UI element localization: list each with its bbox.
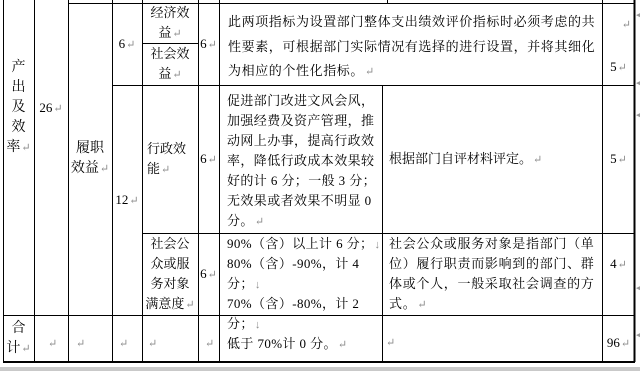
group-line: 履职 [76, 139, 104, 159]
row3-method-cell: 社会公众或服务对象是指部门（单 位）履行职责而影响到的部门、群 体或个人，一般采… [382, 233, 602, 315]
category-char: 产 [12, 58, 26, 78]
criteria-line: 分。↵ [227, 211, 382, 231]
criteria-line: 加强经费及资产管理，推 [227, 111, 382, 131]
paragraph-mark-icon: ↵ [618, 62, 627, 74]
category-char: 出 [12, 78, 26, 98]
score-row1-cell: ↵ 5↵ [602, 3, 635, 85]
paragraph-mark-icon: ↵ [185, 299, 194, 311]
method-line: 体或个人，一般采取社会调查的方 [389, 274, 602, 294]
subtotal-bottom: 12↵ [115, 190, 138, 210]
method-line: 式。↵ [389, 294, 602, 314]
indicator-social-cell: 社会效 益↵ [142, 43, 198, 85]
line-break-mark-icon: ↓ [255, 319, 261, 331]
paragraph-mark-icon: ↵ [208, 154, 217, 166]
paragraph-mark-icon: ↵ [148, 337, 157, 351]
row2-method-cell: 根据部门自评材料评定。↵ [382, 85, 602, 233]
word-document-table-view: 产 出 及 效 率↵ 26↵ 履职 效益↵ 6↵ 12↵ 经济效 益↵ 社会效 … [0, 0, 640, 371]
paragraph-mark-icon: ↵ [622, 18, 631, 32]
note-line: 此两项指标为设置部门整体支出绩效评价指标时必须考虑的共 [228, 10, 598, 35]
note-line: 性要素，可根据部门实际情况有选择的进行设置，并将其细化 [228, 35, 598, 60]
weight-row2-cell: 6↵ [198, 85, 219, 233]
category-cell: 产 出 及 效 率↵ [4, 57, 33, 159]
paragraph-mark-icon: ↵ [208, 39, 217, 51]
paragraph-mark-icon: ↵ [53, 103, 62, 115]
paragraph-mark-icon: ↵ [172, 28, 181, 40]
criteria-line: 无效果或者效果不明显 0 [227, 191, 382, 211]
weight-row1-cell: 6↵ [198, 3, 219, 85]
criteria-line: 70%（含）-80%，计 2 分；↓ [227, 294, 382, 334]
row-end-mark-icon: ◀ [636, 79, 640, 87]
row-end-mark-icon: ◀ [636, 331, 640, 339]
paragraph-mark-icon: ↵ [126, 39, 135, 51]
paragraph-mark-icon: ↵ [618, 154, 627, 166]
criteria-line: 80%（含）-90%，计 4 分；↓ [227, 254, 382, 294]
paragraph-mark-icon: ↵ [618, 259, 627, 271]
indicator-economic-cell: 经济效 益↵ [142, 3, 198, 43]
paragraph-mark-icon: ↵ [119, 337, 128, 351]
row1-note-cell: 此两项指标为设置部门整体支出绩效评价指标时必须考虑的共 性要素，可根据部门实际情… [219, 3, 602, 85]
paragraph-mark-icon: ↵ [228, 337, 237, 351]
method-text: 根据部门自评材料评定。 [389, 151, 532, 166]
indicator-admin-cell: 行政效 能↵ [142, 85, 198, 233]
row-end-mark-icon: ◀ [636, 111, 640, 119]
row-end-mark-icon: ◀ [636, 284, 640, 292]
paragraph-mark-icon: ↵ [417, 299, 427, 311]
paragraph-mark-icon: ↵ [208, 269, 217, 281]
paragraph-mark-icon: ↵ [161, 164, 170, 176]
criteria-line: 促进部门改进文风会风， [227, 91, 382, 111]
paragraph-mark-icon: ↵ [172, 69, 181, 81]
row2-criteria-cell: 促进部门改进文风会风， 加强经费及资产管理，推 动网上办事，提高行政效 率，降低… [219, 85, 382, 233]
criteria-line: 90%（含）以上计 6 分；↓ [227, 234, 382, 254]
paragraph-mark-icon: ↵ [365, 66, 375, 78]
paragraph-mark-icon: ↵ [129, 195, 138, 207]
line-break-mark-icon: ↓ [374, 239, 380, 251]
weight-row3-cell: 6↵ [198, 233, 219, 315]
category-char: 及 [12, 98, 26, 118]
subtotal-bottom-cell: 12↵ [112, 85, 142, 315]
paragraph-mark-icon: ↵ [621, 338, 630, 350]
category-char: 效 [12, 118, 26, 138]
group-last-line: 效益↵ [71, 159, 109, 179]
total-score: 96 [607, 335, 620, 350]
method-line: 位）履行职责而影响到的部门、群 [389, 254, 602, 274]
group-cell: 履职 效益↵ [68, 139, 112, 179]
line-break-mark-icon: ↓ [255, 279, 261, 291]
score-row3-cell: 4↵ [602, 233, 635, 315]
window-edge-strip [0, 367, 640, 371]
subtotal-top-cell: 6↵ [112, 3, 142, 85]
paragraph-mark-icon: ↵ [76, 337, 85, 351]
paragraph-mark-icon: ↵ [21, 343, 30, 355]
category-total-cell: 26↵ [34, 100, 68, 116]
row-end-mark-icon: ◀ [636, 11, 640, 19]
total-score-cell: 96↵ [602, 315, 635, 362]
indicator-satisfaction-cell: 社会公 众或服 务对象 满意度↵ [142, 233, 198, 315]
note-line: 为相应的个性化指标。↵ [228, 59, 598, 84]
paragraph-mark-icon: ↵ [533, 154, 542, 166]
criteria-line: 率，降低行政成本效果较 [227, 151, 382, 171]
criteria-line: 好的计 6 分；一般 3 分； [227, 171, 382, 191]
paragraph-mark-icon: ↵ [386, 336, 395, 350]
paragraph-mark-icon: ↵ [100, 163, 109, 175]
score-row2-cell: 5↵ [602, 85, 635, 233]
paragraph-mark-icon: ↵ [255, 216, 265, 228]
row3-criteria-cell: 90%（含）以上计 6 分；↓ 80%（含）-90%，计 4 分；↓ 70%（含… [219, 233, 382, 315]
category-last-line: 率↵ [6, 138, 30, 158]
method-line: 社会公众或服务对象是指部门（单 [389, 234, 602, 254]
criteria-line: 低于 70%计 0 分。↵ [227, 334, 382, 354]
total-label-cell: 合 计↵ [3, 315, 34, 362]
paragraph-mark-icon: ↵ [21, 142, 30, 154]
criteria-line: 动网上办事，提高行政效 [227, 131, 382, 151]
subtotal-top: 6↵ [119, 34, 136, 54]
paragraph-mark-icon: ↵ [205, 337, 214, 351]
category-total-value: 26 [39, 100, 52, 115]
paragraph-mark-icon: ↵ [48, 337, 57, 351]
paragraph-mark-icon: ↵ [338, 339, 348, 351]
score-row1: 5↵ [602, 59, 635, 75]
